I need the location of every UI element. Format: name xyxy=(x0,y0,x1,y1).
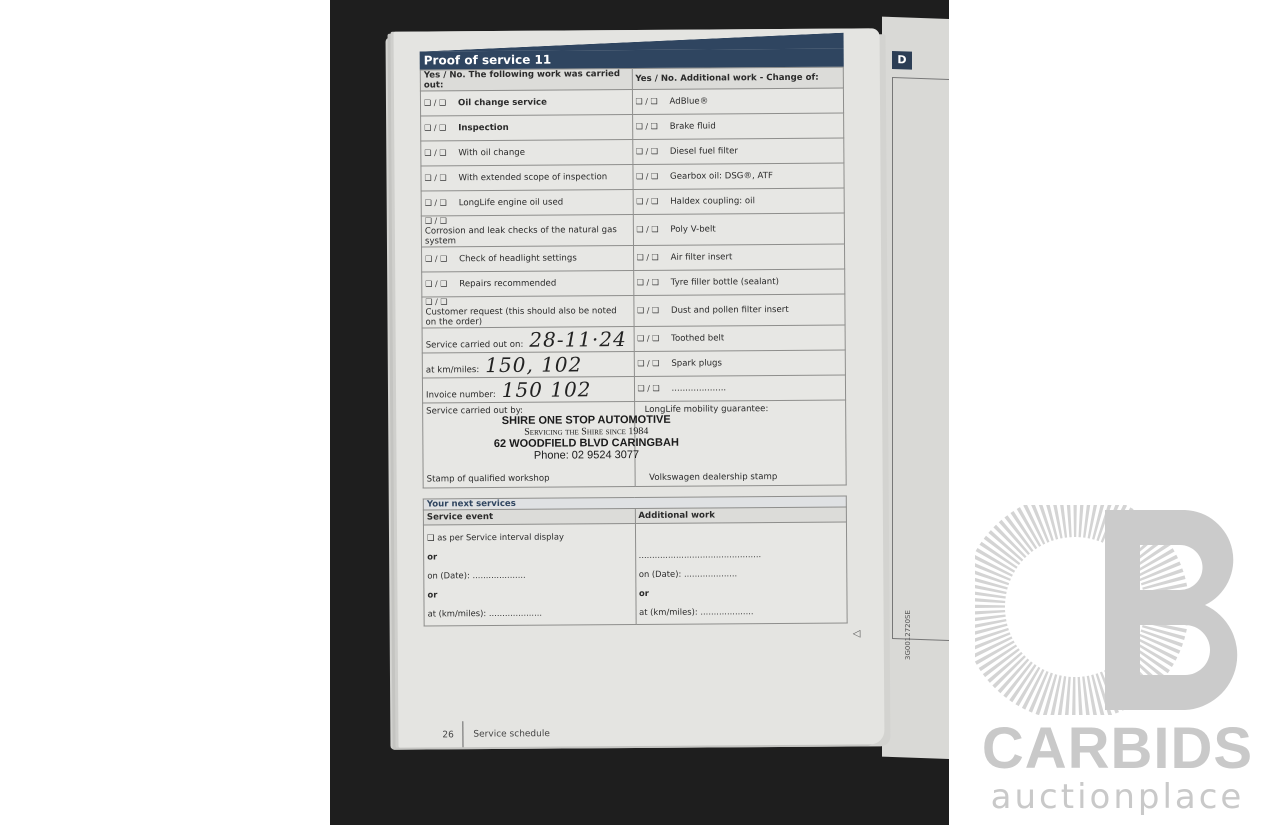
checklist-item-label: Brake fluid xyxy=(670,121,716,131)
checklist-item: ❑ / ❑Toothed belt xyxy=(634,325,846,351)
dealership-stamp-label: Volkswagen dealership stamp xyxy=(649,472,777,483)
yes-no-checkbox[interactable]: ❑ / ❑ xyxy=(636,197,670,206)
checklist-item: ❑ / ❑Repairs recommended xyxy=(422,271,634,297)
checklist-item: ❑ / ❑Spark plugs xyxy=(634,350,846,376)
yes-no-checkbox[interactable]: ❑ / ❑ xyxy=(637,253,671,262)
service-date-field[interactable]: Service carried out on:28-11·24 xyxy=(422,327,634,353)
workshop-stamp-label: Stamp of qualified workshop xyxy=(427,474,550,485)
yes-no-checkbox[interactable]: ❑ / ❑ xyxy=(424,124,458,133)
km-reading-handwritten-value: 150, 102 xyxy=(485,352,582,377)
next-service-line xyxy=(638,525,843,545)
yes-no-checkbox[interactable]: ❑ / ❑ xyxy=(425,255,459,264)
checklist-item: ❑ / ❑With extended scope of inspection xyxy=(421,165,633,191)
checklist-item-label: Spark plugs xyxy=(671,358,722,368)
checklist-item-label: Dust and pollen filter insert xyxy=(671,305,789,316)
next-page-tab: D xyxy=(892,51,912,70)
yes-no-checkbox[interactable]: ❑ / ❑ xyxy=(636,147,670,156)
table-row: ❑ / ❑Oil change service❑ / ❑AdBlue® xyxy=(420,88,843,116)
yes-no-checkbox[interactable]: ❑ / ❑ xyxy=(636,172,670,181)
next-service-line: or xyxy=(427,546,632,566)
checklist-item-label: Check of headlight settings xyxy=(459,253,577,264)
carbids-logo-icon xyxy=(975,505,1260,715)
checklist-item-label: With oil change xyxy=(458,148,525,158)
checklist-item-label: Air filter insert xyxy=(671,252,733,262)
invoice-number-field[interactable]: Invoice number:150 102 xyxy=(422,377,634,403)
service-event-cell: ❑ as per Service interval displayoron (D… xyxy=(423,524,635,626)
table-row: ❑ / ❑Repairs recommended❑ / ❑Tyre filler… xyxy=(422,269,845,297)
next-service-line: ❑ as per Service interval display xyxy=(427,527,632,547)
checklist-item: ❑ / ❑Oil change service xyxy=(420,90,632,116)
yes-no-checkbox[interactable]: ❑ / ❑ xyxy=(424,149,458,158)
next-service-line[interactable]: on (Date): .................... xyxy=(639,563,844,583)
checklist-item: ❑ / ❑Air filter insert xyxy=(633,244,845,270)
table-row: ❑ / ❑Corrosion and leak checks of the na… xyxy=(421,213,844,247)
checklist-item: ❑ / ❑.................... xyxy=(634,375,846,401)
checklist-item-label: AdBlue® xyxy=(669,96,708,106)
proof-of-service-table: Yes / No. The following work was carried… xyxy=(420,67,847,489)
continue-arrow-icon: ◁ xyxy=(853,628,861,639)
yes-no-checkbox[interactable]: ❑ / ❑ xyxy=(425,297,459,306)
checklist-item: ❑ / ❑Brake fluid xyxy=(632,113,844,139)
yes-no-checkbox[interactable]: ❑ / ❑ xyxy=(635,97,669,106)
workshop-stamp-cell: Service carried out by:Stamp of qualifie… xyxy=(423,402,635,488)
dealership-stamp-cell: LongLife mobility guarantee:Volkswagen d… xyxy=(634,400,846,486)
table-row: ❑ / ❑Check of headlight settings❑ / ❑Air… xyxy=(422,244,845,272)
yes-no-checkbox[interactable]: ❑ / ❑ xyxy=(424,99,458,108)
mobility-guarantee-label: LongLife mobility guarantee: xyxy=(645,404,769,415)
table-row: at km/miles:150, 102❑ / ❑Spark plugs xyxy=(422,350,845,378)
checklist-item: ❑ / ❑Inspection xyxy=(421,115,633,141)
checklist-item: ❑ / ❑Corrosion and leak checks of the na… xyxy=(421,215,633,247)
checklist-item-label: Tyre filler bottle (sealant) xyxy=(671,277,779,288)
checklist-item-label: Haldex coupling: oil xyxy=(670,196,755,207)
checklist-item: ❑ / ❑LongLife engine oil used xyxy=(421,190,633,216)
yes-no-checkbox[interactable]: ❑ / ❑ xyxy=(425,280,459,289)
table-row: Service carried out on:28-11·24❑ / ❑Toot… xyxy=(422,325,845,353)
next-service-line[interactable]: on (Date): .................... xyxy=(427,565,632,585)
checklist-item: ❑ / ❑Poly V-belt xyxy=(633,213,845,245)
service-date-handwritten-value: 28-11·24 xyxy=(529,327,627,352)
footer-divider xyxy=(462,721,463,747)
checklist-item: ❑ / ❑Haldex coupling: oil xyxy=(633,188,845,214)
checklist-item-label: LongLife engine oil used xyxy=(459,197,564,208)
table-row: ❑ / ❑Customer request (this should also … xyxy=(422,294,845,328)
stamp-row: Service carried out by:Stamp of qualifie… xyxy=(423,400,847,488)
checklist-item: ❑ / ❑Customer request (this should also … xyxy=(422,296,634,328)
checklist-item-label: Corrosion and leak checks of the natural… xyxy=(425,225,630,246)
invoice-number-handwritten-value: 150 102 xyxy=(502,377,592,402)
next-service-line: or xyxy=(639,582,844,602)
checklist-item: ❑ / ❑Check of headlight settings xyxy=(422,246,634,272)
yes-no-checkbox[interactable]: ❑ / ❑ xyxy=(637,278,671,287)
yes-no-checkbox[interactable]: ❑ / ❑ xyxy=(637,384,671,393)
service-date-label: Service carried out on: xyxy=(426,340,524,351)
checklist-item-label: Gearbox oil: DSG®, ATF xyxy=(670,171,773,182)
next-service-line[interactable]: at (km/miles): .................... xyxy=(428,603,633,623)
checklist-item: ❑ / ❑Dust and pollen filter insert xyxy=(633,294,845,326)
page-footer: 26Service schedule xyxy=(442,721,550,748)
yes-no-checkbox[interactable]: ❑ / ❑ xyxy=(637,359,671,368)
checklist-item: ❑ / ❑AdBlue® xyxy=(632,88,844,114)
table-row: ❑ / ❑LongLife engine oil used❑ / ❑Haldex… xyxy=(421,188,844,216)
service-event-header: Service event xyxy=(423,509,635,525)
carbids-watermark: CARBIDS auctionplace xyxy=(975,505,1260,815)
yes-no-checkbox[interactable]: ❑ / ❑ xyxy=(636,225,670,234)
additional-work-cell: ........................................… xyxy=(635,522,847,624)
checklist-item-label: Diesel fuel filter xyxy=(670,146,738,156)
watermark-brand: CARBIDS xyxy=(975,715,1260,782)
page-title: Proof of service 11 xyxy=(420,49,844,70)
checklist-item-label: .................... xyxy=(671,383,726,393)
checklist-item-label: Customer request (this should also be no… xyxy=(425,306,630,327)
checklist-item-label: With extended scope of inspection xyxy=(458,172,607,183)
yes-no-checkbox[interactable]: ❑ / ❑ xyxy=(636,122,670,131)
checklist-item: ❑ / ❑Gearbox oil: DSG®, ATF xyxy=(632,163,844,189)
document-photo: D Proof of service 11 Yes / No. The foll… xyxy=(330,0,949,825)
checklist-item-label: Inspection xyxy=(458,123,509,133)
next-service-line: or xyxy=(427,584,632,604)
page-number: 26 xyxy=(442,730,462,740)
service-book-page: Proof of service 11 Yes / No. The follow… xyxy=(394,28,885,747)
checklist-item-label: Oil change service xyxy=(458,97,547,108)
checklist-item: ❑ / ❑With oil change xyxy=(421,140,633,166)
checklist-item: ❑ / ❑Diesel fuel filter xyxy=(632,138,844,164)
next-service-line[interactable]: ........................................… xyxy=(639,544,844,564)
yes-no-checkbox[interactable]: ❑ / ❑ xyxy=(637,334,671,343)
table-row: Invoice number:150 102❑ / ❑.............… xyxy=(422,375,845,403)
next-page-edge: D xyxy=(882,17,949,760)
yes-no-checkbox[interactable]: ❑ / ❑ xyxy=(425,199,459,208)
table-row: ❑ / ❑Inspection❑ / ❑Brake fluid xyxy=(421,113,844,141)
checklist-item-label: Poly V-belt xyxy=(670,224,715,234)
table-row: ❑ / ❑With extended scope of inspection❑ … xyxy=(421,163,844,191)
next-service-line[interactable]: at (km/miles): .................... xyxy=(639,601,844,621)
checklist-item-label: Toothed belt xyxy=(671,333,724,343)
yes-no-checkbox[interactable]: ❑ / ❑ xyxy=(425,216,459,225)
km-reading-field[interactable]: at km/miles:150, 102 xyxy=(422,352,634,378)
section-name: Service schedule xyxy=(473,729,550,740)
checklist-item: ❑ / ❑Tyre filler bottle (sealant) xyxy=(633,269,845,295)
invoice-number-label: Invoice number: xyxy=(426,390,496,400)
document-code: 3G0012720SE xyxy=(904,610,912,660)
left-column-header: Yes / No. The following work was carried… xyxy=(420,69,632,91)
next-services-table: Your next services Service event Additio… xyxy=(423,496,848,627)
yes-no-checkbox[interactable]: ❑ / ❑ xyxy=(424,174,458,183)
km-reading-label: at km/miles: xyxy=(426,365,479,375)
checklist-item-label: Repairs recommended xyxy=(459,278,556,289)
watermark-tagline: auctionplace xyxy=(975,777,1260,817)
yes-no-checkbox[interactable]: ❑ / ❑ xyxy=(637,306,671,315)
additional-work-header: Additional work xyxy=(635,507,847,523)
table-row: ❑ / ❑With oil change❑ / ❑Diesel fuel fil… xyxy=(421,138,844,166)
next-page-box xyxy=(892,77,949,641)
right-column-header: Yes / No. Additional work - Change of: xyxy=(632,67,844,89)
